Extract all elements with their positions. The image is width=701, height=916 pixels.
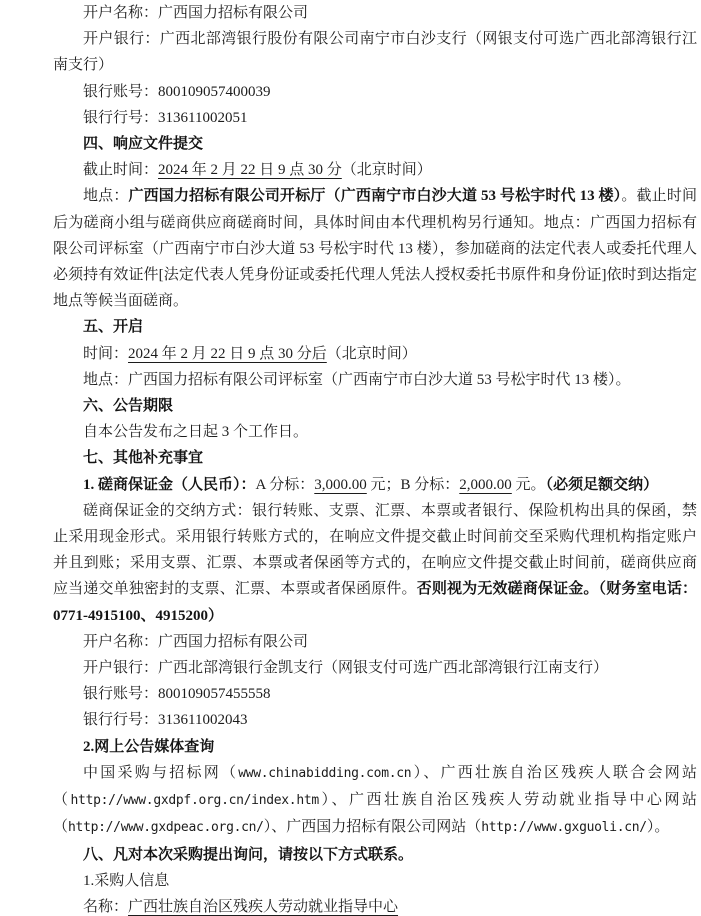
section-heading: 2.网上公告媒体查询 xyxy=(53,734,697,760)
text-run: 地点：广西国力招标有限公司评标室（广西南宁市白沙大道 53 号松宇时代 13 楼… xyxy=(83,372,631,388)
underlined-value: 广西壮族自治区残疾人劳动就业指导中心 xyxy=(128,899,398,915)
paragraph: 中国采购与招标网（www.chinabidding.com.cn）、广西壮族自治… xyxy=(53,760,697,842)
text-run: （北京时间） xyxy=(342,162,432,178)
text-run: 四、响应文件提交 xyxy=(83,136,203,152)
text-run: 银行行号：313611002051 xyxy=(83,110,247,126)
text-run: 七、其他补充事宜 xyxy=(83,450,203,466)
text-run: 广西国力招标有限公司开标厅（广西南宁市白沙大道 53 号松宇时代 13 楼） xyxy=(128,188,621,204)
paragraph: 开户名称：广西国力招标有限公司 xyxy=(53,0,697,26)
section-heading: 六、公告期限 xyxy=(53,393,697,419)
text-run: 元。 xyxy=(512,477,546,493)
text-run: 时间： xyxy=(83,346,128,362)
underlined-value: 2,000.00 xyxy=(459,477,512,493)
paragraph: 自本公告发布之日起 3 个工作日。 xyxy=(53,419,697,445)
paragraph: 开户银行：广西北部湾银行股份有限公司南宁市白沙支行（网银支付可选广西北部湾银行江… xyxy=(53,26,697,78)
text-run: 开户名称：广西国力招标有限公司 xyxy=(83,5,308,21)
text-run: 1. 磋商保证金（人民币）： xyxy=(83,477,256,493)
text-run: 开户银行：广西北部湾银行金凯支行（网银支付可选广西北部湾银行江南支行） xyxy=(83,660,608,676)
text-run: 地点： xyxy=(83,188,128,204)
text-run: 截止时间： xyxy=(83,162,158,178)
paragraph: 1. 磋商保证金（人民币）：A 分标：3,000.00 元；B 分标：2,000… xyxy=(53,472,697,498)
underlined-value: 3,000.00 xyxy=(314,477,367,493)
paragraph: 银行账号：800109057400039 xyxy=(53,79,697,105)
paragraph: 地点：广西国力招标有限公司评标室（广西南宁市白沙大道 53 号松宇时代 13 楼… xyxy=(53,367,697,393)
text-run: 。截止时间后为磋商小组与磋商供应商磋商时间，具体时间由本代理机构另行通知。地点：… xyxy=(53,188,697,309)
text-run: A 分标： xyxy=(256,477,315,493)
paragraph: 时间：2024 年 2 月 22 日 9 点 30 分后（北京时间） xyxy=(53,341,697,367)
paragraph: 开户名称：广西国力招标有限公司 xyxy=(53,629,697,655)
url-text: http://www.gxguoli.cn/ xyxy=(481,820,647,835)
section-heading: 四、响应文件提交 xyxy=(53,131,697,157)
text-run: ）、广西国力招标有限公司网站（ xyxy=(264,819,482,835)
text-run: 五、开启 xyxy=(83,319,143,335)
paragraph: 开户银行：广西北部湾银行金凯支行（网银支付可选广西北部湾银行江南支行） xyxy=(53,655,697,681)
section-heading: 八、凡对本次采购提出询问，请按以下方式联系。 xyxy=(53,842,697,868)
text-run: 开户银行：广西北部湾银行股份有限公司南宁市白沙支行（网银支付可选广西北部湾银行江… xyxy=(53,31,697,73)
paragraph: 地点：广西国力招标有限公司开标厅（广西南宁市白沙大道 53 号松宇时代 13 楼… xyxy=(53,183,697,314)
text-run: 银行行号：313611002043 xyxy=(83,712,247,728)
text-run: （北京时间） xyxy=(327,346,417,362)
paragraph: 银行账号：800109057455558 xyxy=(53,681,697,707)
text-run: 银行账号：800109057400039 xyxy=(83,84,271,100)
text-run: 自本公告发布之日起 3 个工作日。 xyxy=(83,424,308,440)
paragraph: 银行行号：313611002043 xyxy=(53,707,697,733)
text-run: （必须足额交纳） xyxy=(546,477,659,493)
url-text: http://www.gxdpeac.org.cn/ xyxy=(68,820,264,835)
document-page: 开户名称：广西国力招标有限公司开户银行：广西北部湾银行股份有限公司南宁市白沙支行… xyxy=(0,0,701,916)
text-run: 六、公告期限 xyxy=(83,398,173,414)
paragraph: 银行行号：313611002051 xyxy=(53,105,697,131)
text-run: 1.采购人信息 xyxy=(83,873,169,889)
text-run: 2.网上公告媒体查询 xyxy=(83,739,214,755)
text-run: 中国采购与招标网（ xyxy=(83,765,238,781)
underlined-value: 2024 年 2 月 22 日 9 点 30 分后 xyxy=(128,346,327,362)
url-text: http://www.gxdpf.org.cn/index.htm xyxy=(71,793,319,808)
text-run: 元；B 分标： xyxy=(367,477,460,493)
text-run: 名称： xyxy=(83,899,128,915)
text-run: ）。 xyxy=(647,819,670,835)
section-heading: 七、其他补充事宜 xyxy=(53,445,697,471)
paragraph: 截止时间：2024 年 2 月 22 日 9 点 30 分（北京时间） xyxy=(53,157,697,183)
text-run: 八、凡对本次采购提出询问，请按以下方式联系。 xyxy=(83,847,413,863)
section-heading: 五、开启 xyxy=(53,314,697,340)
paragraph: 磋商保证金的交纳方式：银行转账、支票、汇票、本票或者银行、保险机构出具的保函，禁… xyxy=(53,498,697,629)
text-run: 开户名称：广西国力招标有限公司 xyxy=(83,634,308,650)
paragraph: 名称：广西壮族自治区残疾人劳动就业指导中心 xyxy=(53,894,697,916)
text-run: 银行账号：800109057455558 xyxy=(83,686,271,702)
paragraph: 1.采购人信息 xyxy=(53,868,697,894)
underlined-value: 2024 年 2 月 22 日 9 点 30 分 xyxy=(158,162,342,178)
url-text: www.chinabidding.com.cn xyxy=(238,766,411,781)
